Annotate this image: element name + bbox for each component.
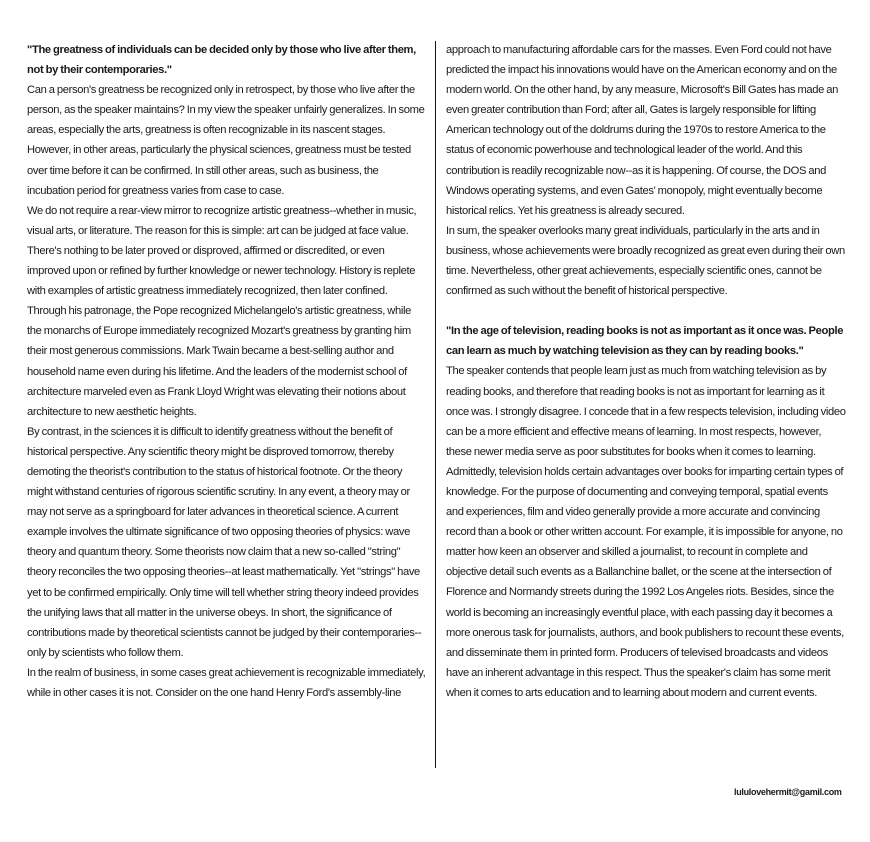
- essay-gap: [446, 301, 846, 321]
- essay2-title: "In the age of television, reading books…: [446, 321, 846, 361]
- essay1-paragraph-4-continued: approach to manufacturing affordable car…: [446, 40, 846, 221]
- essay1-conclusion: In sum, the speaker overlooks many great…: [446, 221, 846, 301]
- essay1-paragraph-3: By contrast, in the sciences it is diffi…: [27, 422, 427, 663]
- essay2-paragraph-1: The speaker contends that people learn j…: [446, 361, 846, 461]
- left-column: "The greatness of individuals can be dec…: [27, 40, 427, 703]
- essay1-title: "The greatness of individuals can be dec…: [27, 40, 427, 80]
- essay1-paragraph-4: In the realm of business, in some cases …: [27, 663, 427, 703]
- essay1-paragraph-2: We do not require a rear-view mirror to …: [27, 201, 427, 422]
- right-column: approach to manufacturing affordable car…: [446, 40, 846, 703]
- footer-email: lululovehermit@gamil.com: [734, 787, 842, 797]
- essay1-paragraph-1: Can a person's greatness be recognized o…: [27, 80, 427, 201]
- essay2-paragraph-2: Admittedly, television holds certain adv…: [446, 462, 846, 703]
- column-divider: [435, 41, 436, 768]
- document-page: "The greatness of individuals can be dec…: [0, 0, 870, 842]
